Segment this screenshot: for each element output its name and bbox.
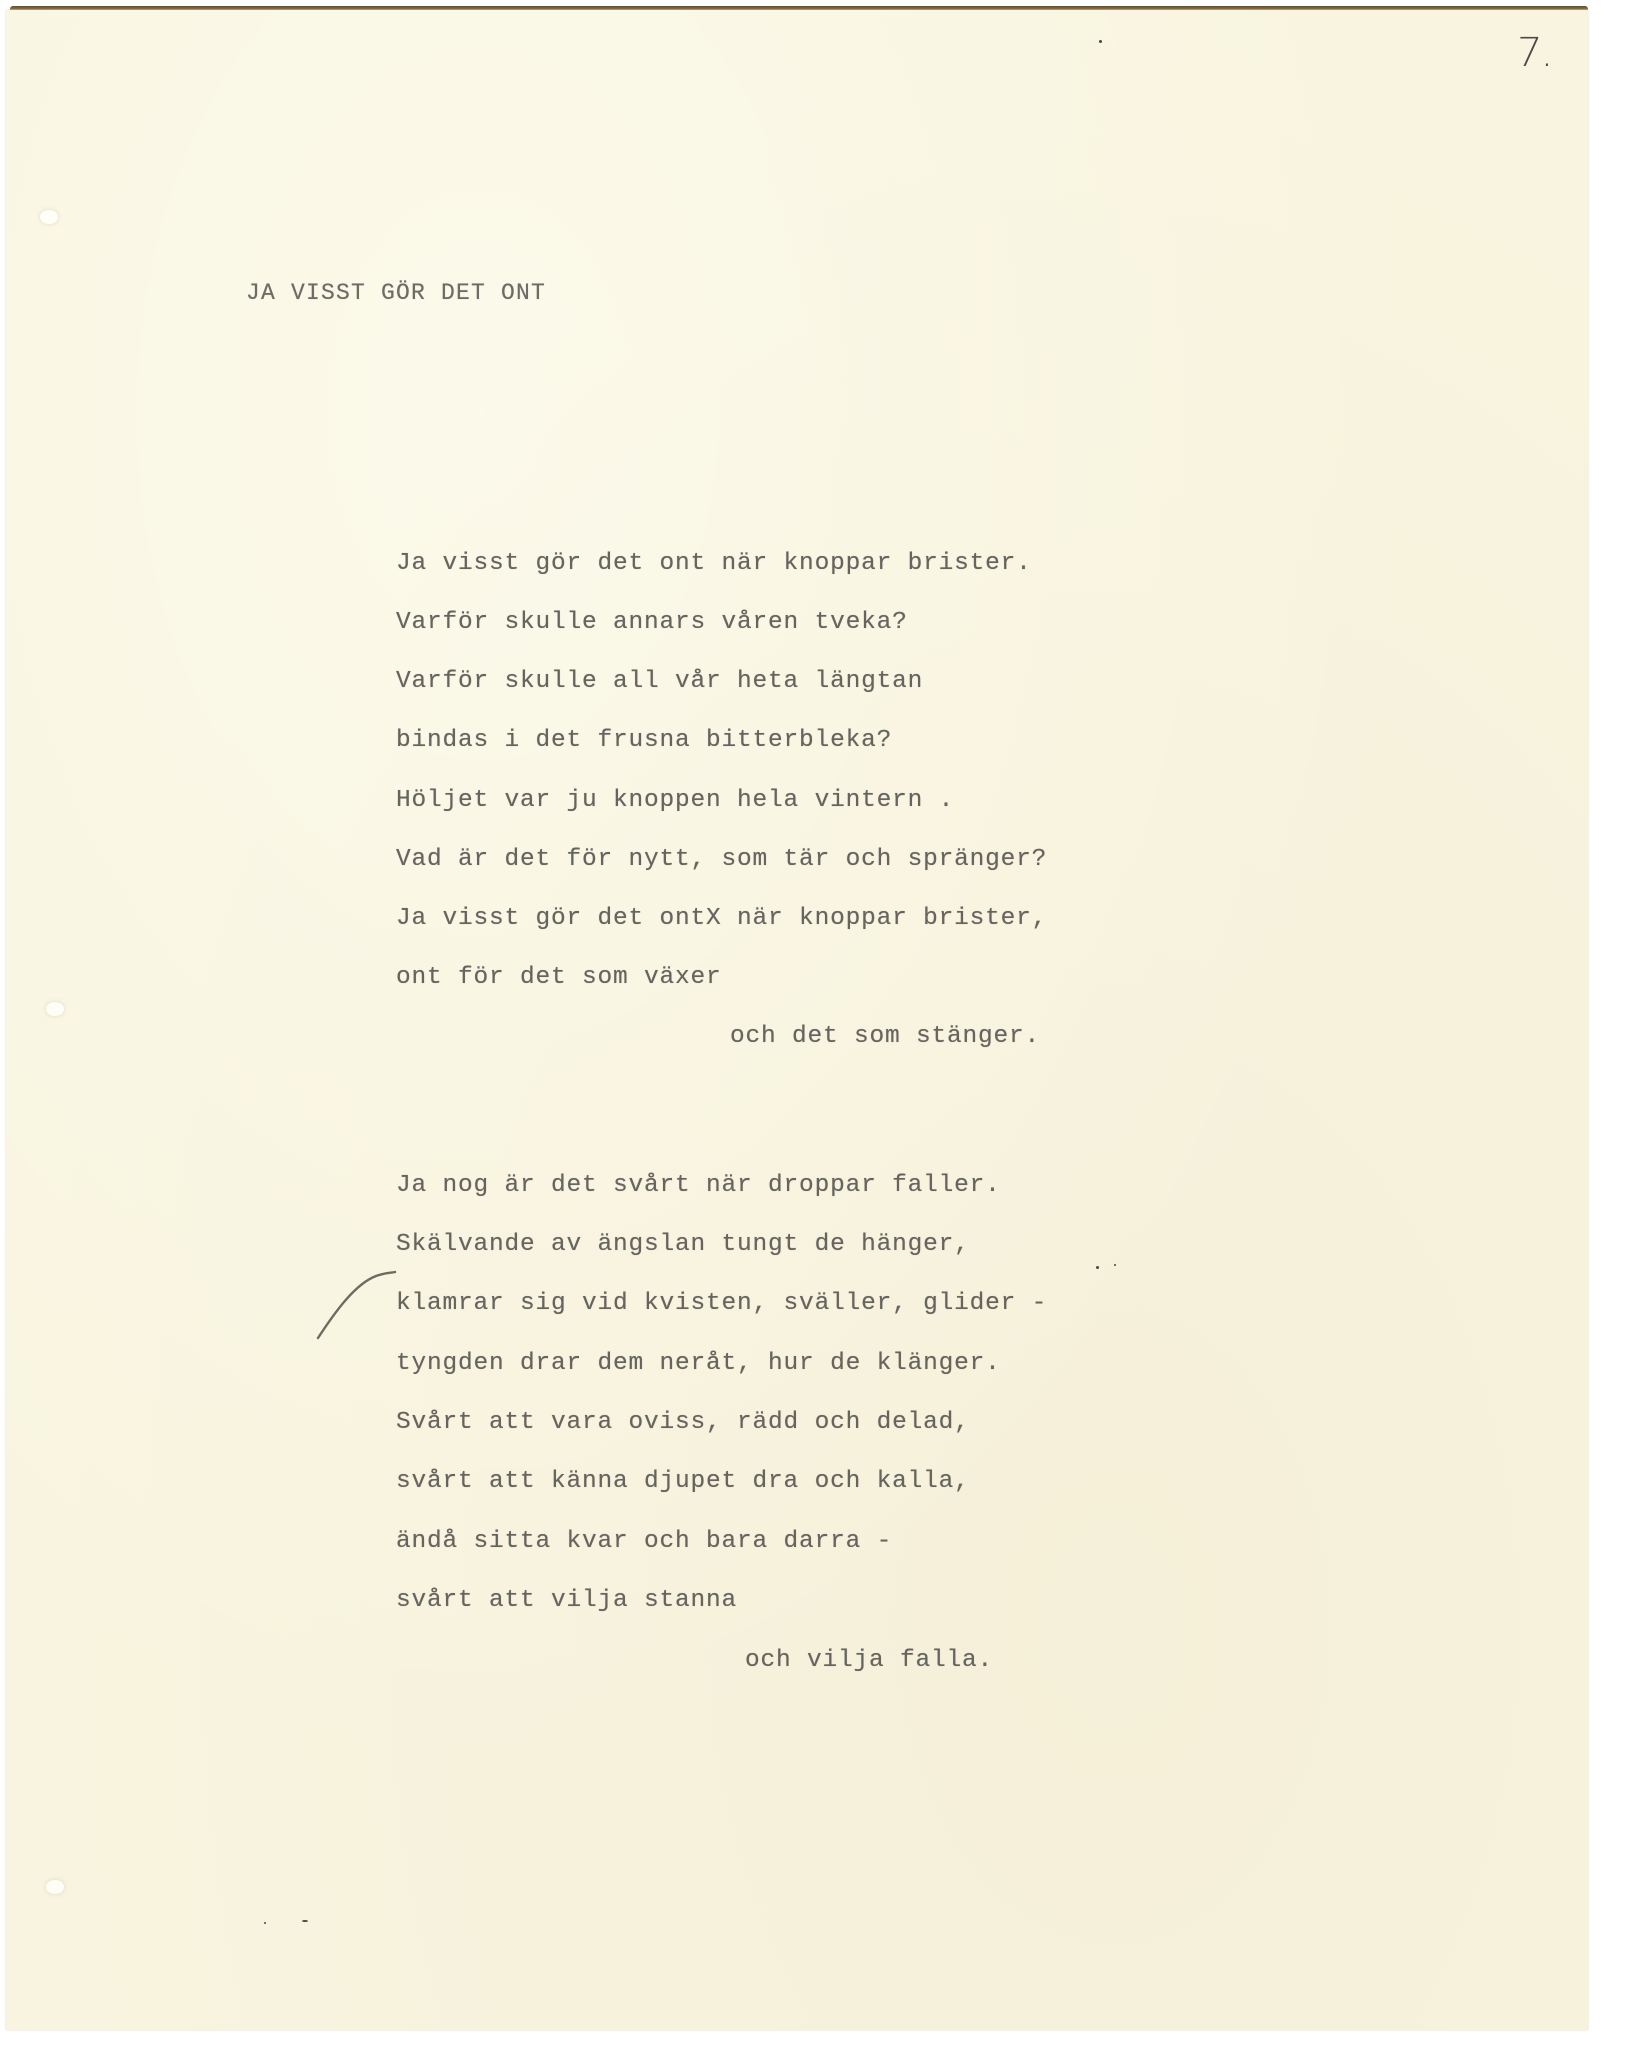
paper-blemish (40, 210, 58, 224)
paper-speck (302, 1920, 308, 1922)
poem-title: JA VISST GÖR DET ONT (246, 282, 546, 305)
paper-blemish (46, 1002, 64, 1016)
poem-line: Ja nog är det svårt när droppar faller. (396, 1174, 1001, 1199)
poem-line: Vad är det för nytt, som tär och spränge… (396, 848, 1047, 873)
poem-line-indented: och vilja falla. (745, 1649, 993, 1674)
poem-line: Svårt att vara oviss, rädd och delad, (396, 1411, 970, 1436)
poem-line: Varför skulle all vår heta längtan (396, 670, 923, 695)
page-number: 7. (1514, 30, 1555, 76)
poem-line: Höljet var ju knoppen hela vintern . (396, 789, 954, 814)
pencil-check-mark (300, 1260, 410, 1360)
poem-line: bindas i det frusna bitterbleka? (396, 729, 892, 754)
poem-line: Ja visst gör det ontX när knoppar briste… (396, 907, 1047, 932)
poem-line: klamrar sig vid kvisten, sväller, glider… (396, 1292, 1047, 1317)
poem-line: ändå sitta kvar och bara darra - (396, 1530, 892, 1555)
poem-line: svårt att vilja stanna (396, 1589, 737, 1614)
paper-blemish (46, 1880, 64, 1894)
poem-line: svårt att känna djupet dra och kalla, (396, 1470, 970, 1495)
poem-line: tyngden drar dem neråt, hur de klänger. (396, 1352, 1001, 1377)
poem-line-indented: och det som stänger. (730, 1025, 1040, 1050)
paper-speck (1114, 1264, 1116, 1266)
paper-speck (264, 1922, 266, 1924)
poem-line: ont för det som växer (396, 966, 722, 991)
paper-speck (1096, 1266, 1099, 1269)
poem-line: Varför skulle annars våren tveka? (396, 611, 908, 636)
poem-line: Skälvande av ängslan tungt de hänger, (396, 1233, 970, 1258)
paper-speck (1099, 40, 1102, 43)
poem-line: Ja visst gör det ont när knoppar brister… (396, 552, 1032, 577)
typewritten-page (6, 10, 1588, 2030)
